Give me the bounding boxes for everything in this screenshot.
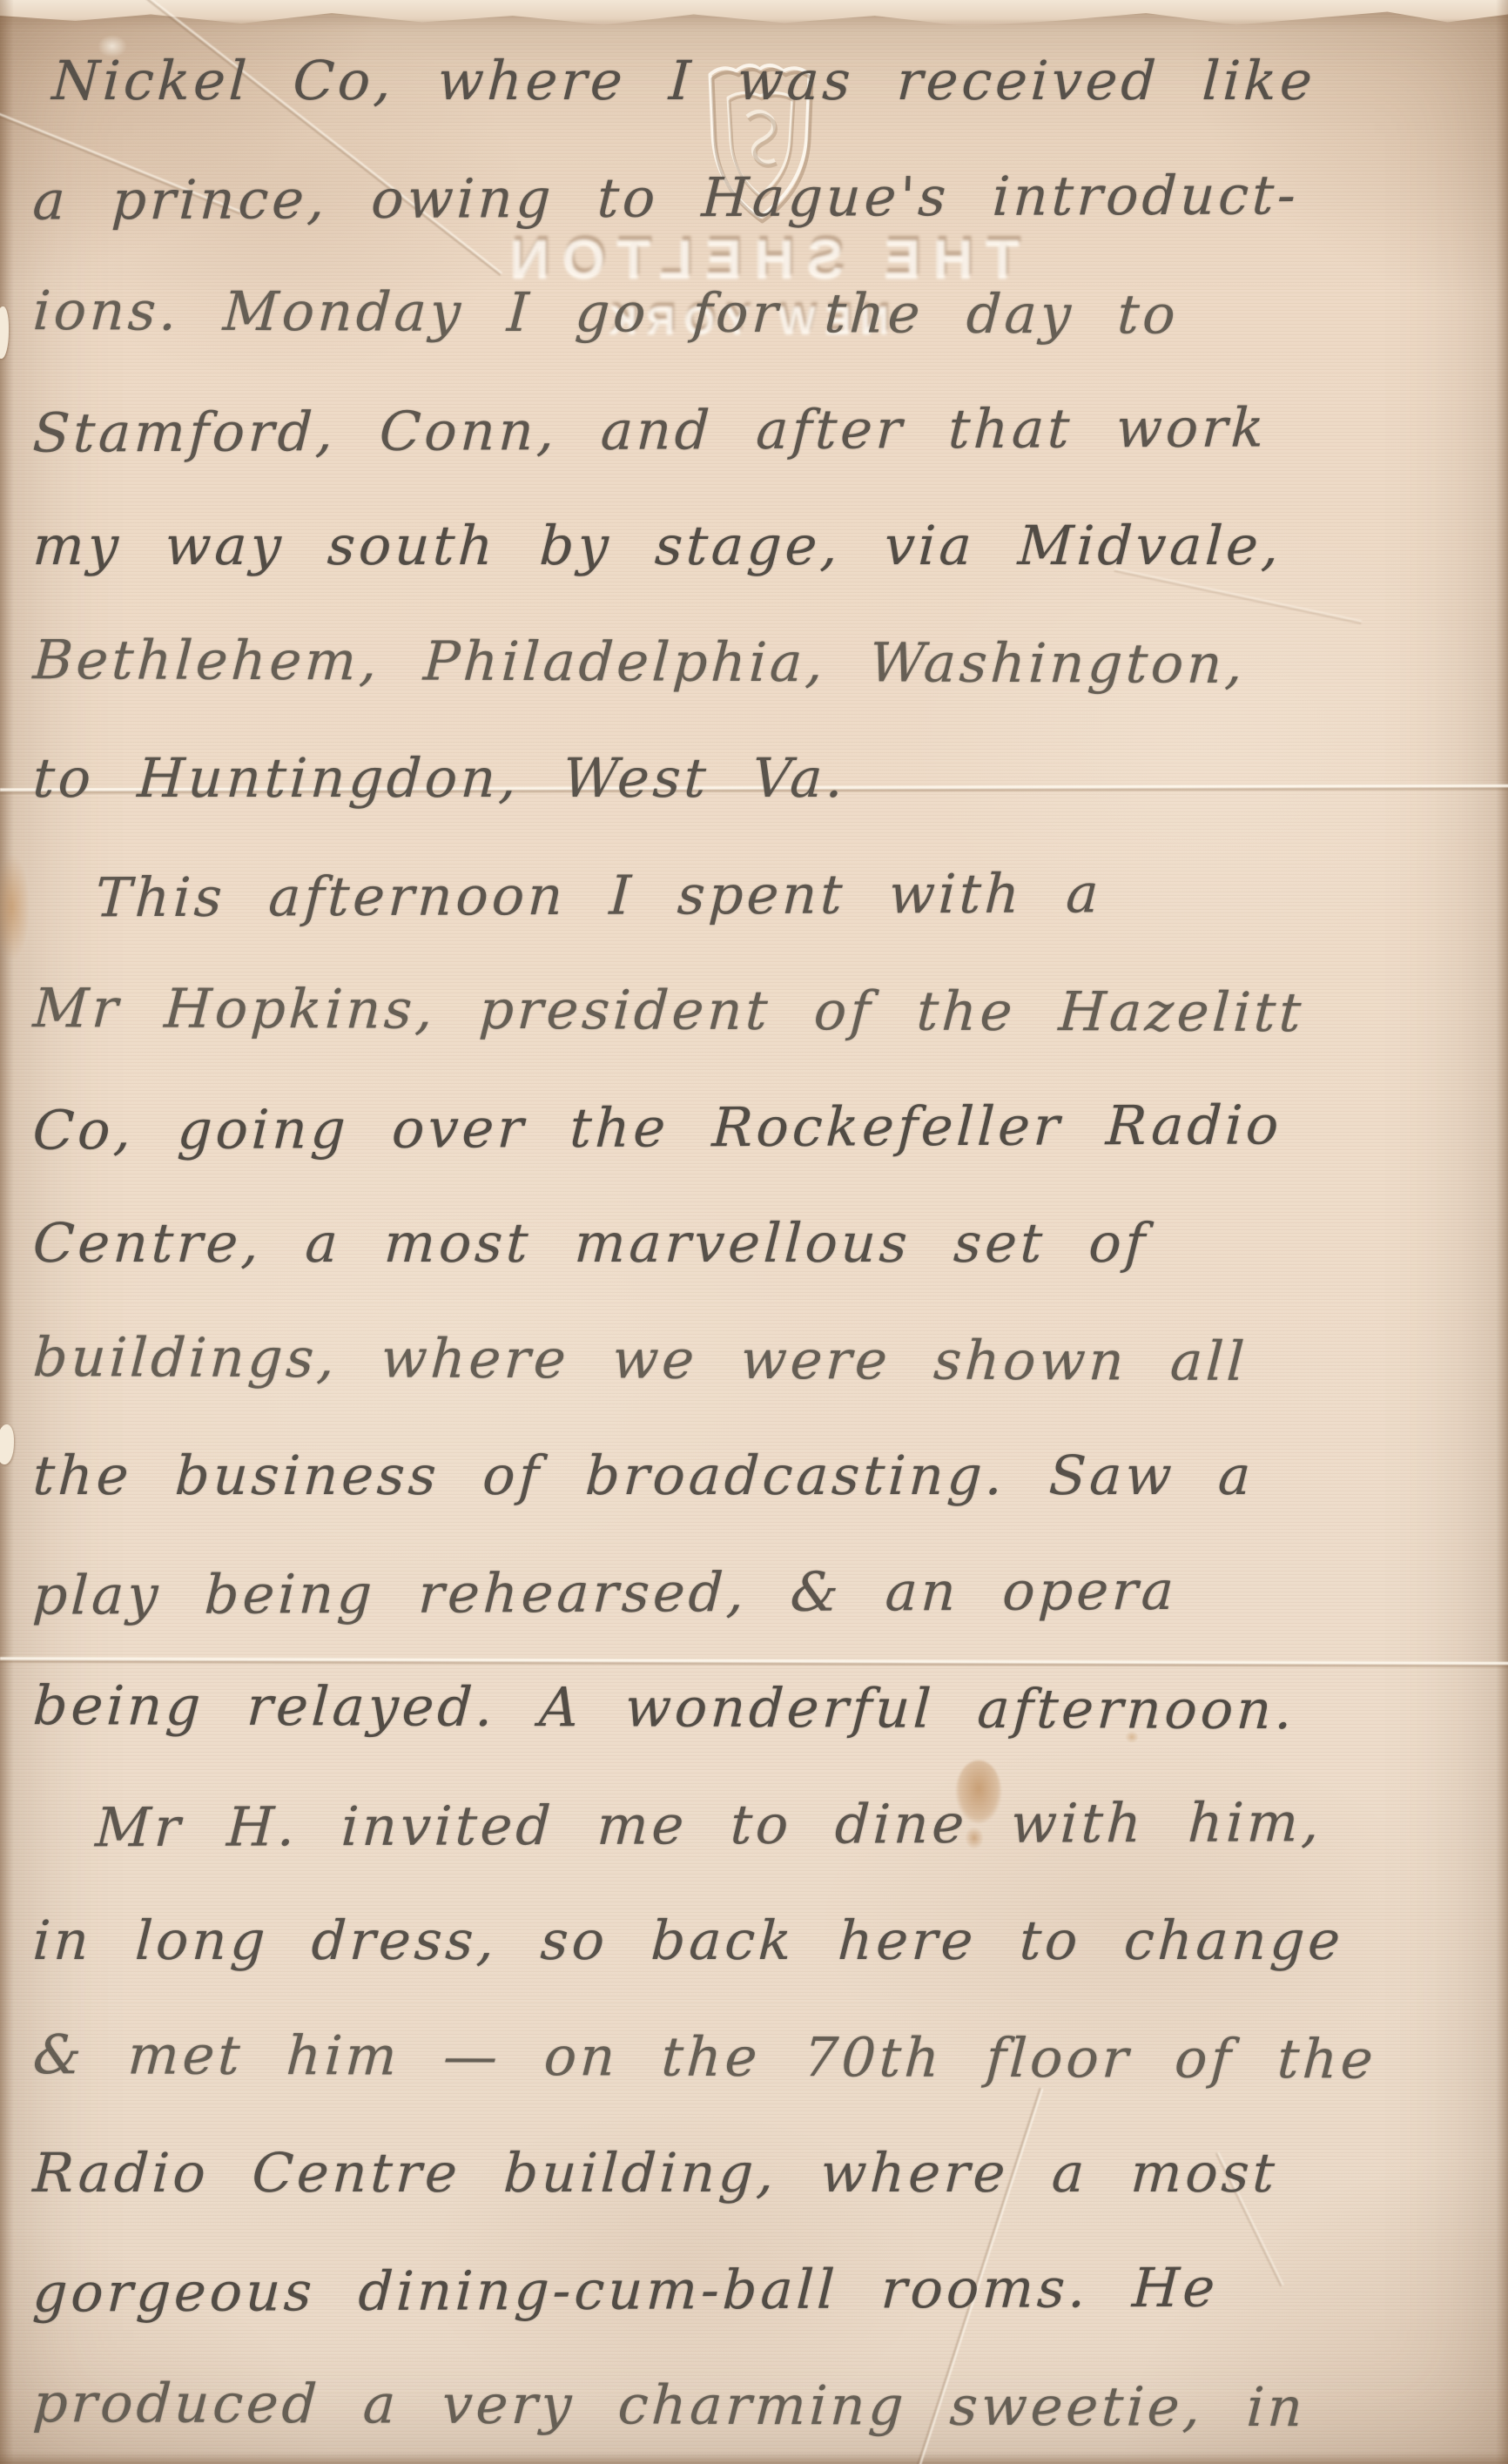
handwriting-line: in long dress, so back here to change [30, 1882, 1498, 1999]
handwriting-line paragraph-start: This afternoon I spent with a [30, 833, 1498, 956]
handwriting-line: Mr Hopkins, president of the Hazelitt [30, 950, 1497, 1071]
handwriting-line: Co, going over the Rockefeller Radio [30, 1066, 1498, 1188]
handwriting-line: gorgeous dining-cum-ball rooms. He [30, 2228, 1498, 2351]
handwriting-line: Nickel Co, where I was received like [30, 23, 1498, 139]
handwriting-line: ions. Monday I go for the day to [30, 252, 1497, 374]
worn-right-edge [1496, 0, 1508, 2464]
handwriting-line: a prince, owing to Hague's introduct- [30, 136, 1498, 259]
handwriting-line: play being rehearsed, & an opera [30, 1531, 1498, 1653]
handwriting-line: my way south by stage, via Midvale, [30, 488, 1498, 604]
handwriting-line: being relayed. A wonderful afternoon. [30, 1647, 1497, 1768]
handwriting-line: produced a very charming sweetie, in [30, 2345, 1497, 2464]
handwriting-line: & met him — on the 70th floor of the [30, 1996, 1497, 2117]
letter-page: THE SHELTON NEW YORK Nickel Co, where I … [0, 0, 1508, 2464]
handwriting-line: Stamford, Conn, and after that work [30, 368, 1498, 491]
handwriting-line: Centre, a most marvellous set of [30, 1185, 1498, 1302]
handwriting-line: buildings, where we were shown all [30, 1299, 1497, 1420]
handwriting-line: to Huntingdon, West Va. [30, 720, 1498, 837]
handwriting-line: the business of broadcasting. Saw a [30, 1417, 1498, 1534]
worn-left-edge [0, 0, 14, 2464]
letter-body: Nickel Co, where I was received like a p… [33, 23, 1494, 2464]
handwriting-line: Radio Centre building, where a most [30, 2115, 1498, 2232]
handwriting-line paragraph-start: Mr H. invited me to dine with him, [30, 1763, 1498, 1886]
handwriting-line: Bethlehem, Philadelphia, Washington, [30, 602, 1497, 723]
